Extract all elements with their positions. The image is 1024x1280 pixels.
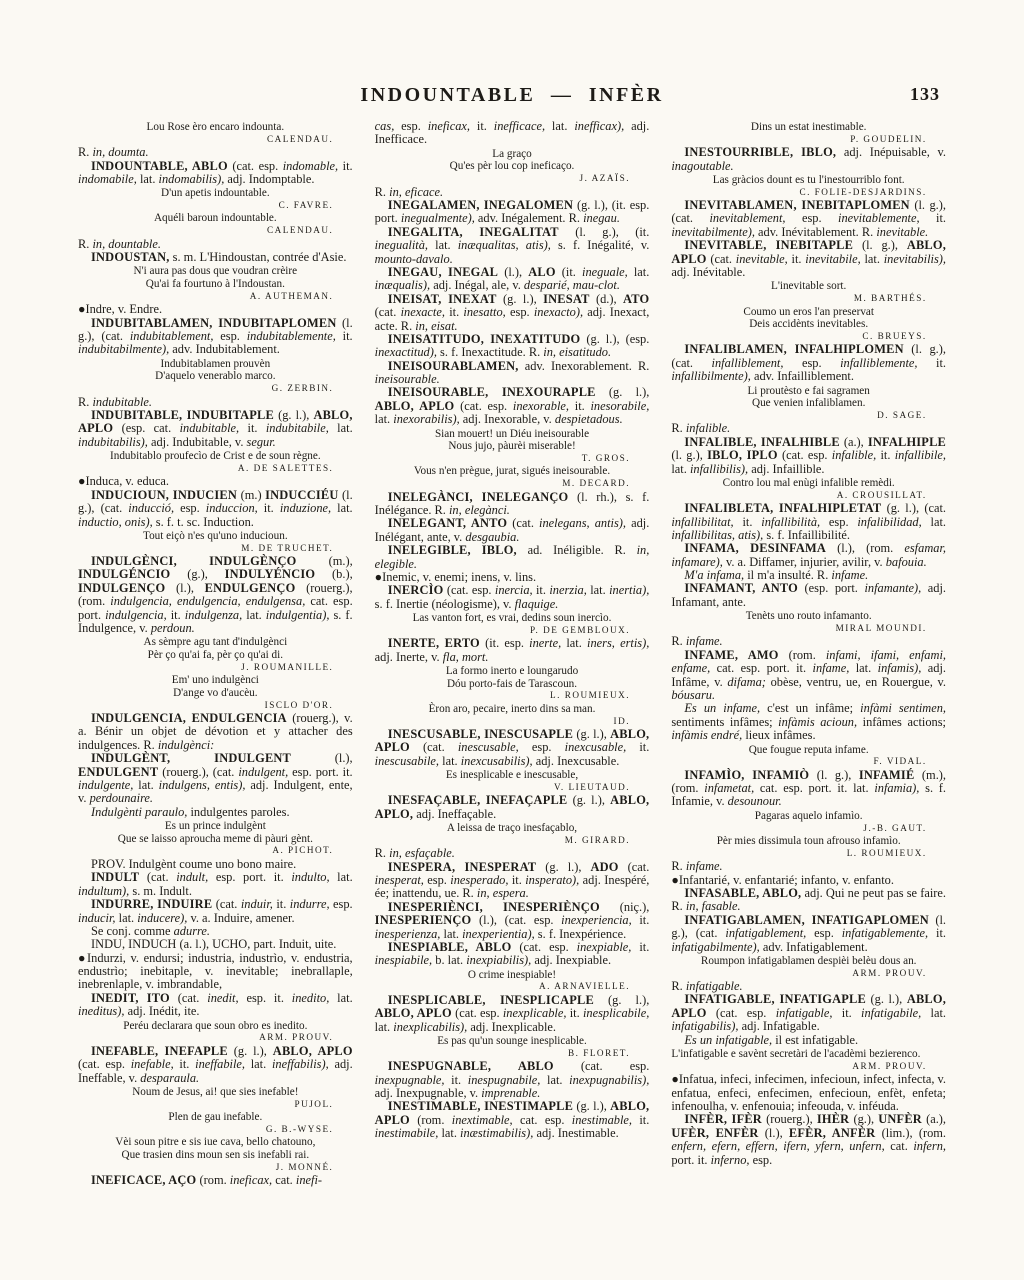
verse-quote: Es pas qu'un sounge inesplicable. — [375, 1035, 650, 1048]
attribution: ARM. PROUV. — [671, 1061, 946, 1073]
column-right: Dins un estat inestimable.P. GOUDELIN.IN… — [671, 120, 946, 1187]
entry: Es un infame, c'est un infâme; infàmi se… — [671, 702, 946, 742]
verse-quote: Peréu declarara que soun obro es inedito… — [78, 1020, 353, 1033]
attribution: A. AUTHEMAN. — [78, 291, 353, 303]
verse-quote: Aquéli baroun indountable. — [78, 212, 353, 225]
verse-quote: Pèr mies dissimula toun afrouso infamìo. — [671, 835, 946, 848]
verse-quote: Lou Rose èro encaro indounta. — [78, 121, 353, 134]
entry: INDUBITABLAMEN, INDUBITAPLOMEN (l. g.), … — [78, 317, 353, 357]
attribution: A. ARNAVIELLE. — [375, 981, 650, 993]
verse-quote: Tenèts uno routo infamanto. — [671, 610, 946, 623]
attribution: ISCLO D'OR. — [78, 700, 353, 712]
entry: INERTE, ERTO (it. esp. inerte, lat. iner… — [375, 637, 650, 664]
verse-quote: Sian mouert! un Diéu ineisourableNous ju… — [375, 428, 650, 453]
attribution: PUJOL. — [78, 1099, 353, 1111]
attribution: M. DECARD. — [375, 478, 650, 490]
entry: INESPERIÈNCI, INESPERIÈNÇO (niç.), INESP… — [375, 901, 650, 941]
attribution: L. ROUMIEUX. — [375, 690, 650, 702]
attribution: CALENDAU. — [78, 225, 353, 237]
attribution: MIRAL MOUNDI. — [671, 623, 946, 635]
cross-reference: ●Indurzi, v. endursi; industria, industr… — [78, 952, 353, 992]
entry: PROV. Indulgènt coume uno bono maire. — [78, 858, 353, 871]
entry: INDOUNTABLE, ABLO (cat. esp. indomable, … — [78, 160, 353, 187]
entry: INESPUGNABLE, ABLO (cat. esp. inexpugnab… — [375, 1060, 650, 1100]
entry: Indulgènti paraulo, indulgentes paroles. — [78, 806, 353, 819]
column-middle: cas, esp. ineficax, it. inefficace, lat.… — [375, 120, 650, 1187]
entry: INEISAT, INEXAT (g. l.), INESAT (d.), AT… — [375, 293, 650, 333]
plain-paragraph: R. in, eficace. — [375, 186, 650, 199]
verse-quote: Tout eiçò n'es qu'uno inducioun. — [78, 530, 353, 543]
attribution: P. DE GEMBLOUX. — [375, 625, 650, 637]
entry: INDULT (cat. indult, esp. port. it. indu… — [78, 871, 353, 898]
entry: INESTOURRIBLE, IBLO, adj. Inépuisable, v… — [671, 146, 946, 173]
verse-quote: Las vanton fort, es vrai, dedins soun in… — [375, 612, 650, 625]
entry: INDULGÈNCI, INDULGÈNÇO (m.), INDULGÉNCIO… — [78, 555, 353, 635]
verse-quote: Noum de Jesus, ai! que sies inefable! — [78, 1086, 353, 1099]
entry: INFATIGABLAMEN, INFATIGAPLOMEN (l. g.), … — [671, 914, 946, 954]
entry: INESPIABLE, ABLO (cat. esp. inexpiable, … — [375, 941, 650, 968]
verse-quote: Èron aro, pecaire, inerto dins sa man. — [375, 703, 650, 716]
page-number: 133 — [910, 84, 940, 105]
entry: INDUBITABLE, INDUBITAPLE (g. l.), ABLO, … — [78, 409, 353, 449]
attribution: CALENDAU. — [78, 134, 353, 146]
entry: INDUCIOUN, INDUCIEN (m.) INDUCCIÉU (l. g… — [78, 489, 353, 529]
attribution: J. MONNÉ. — [78, 1162, 353, 1174]
verse-quote: Que fougue reputa infame. — [671, 744, 946, 757]
verse-quote: Vèi soun pitre e sis iue cava, bello cha… — [78, 1136, 353, 1161]
entry: INFAME, AMO (rom. infami, ifami, enfami,… — [671, 649, 946, 703]
entry: INESFAÇABLE, INEFAÇAPLE (g. l.), ABLO, A… — [375, 794, 650, 821]
entry: INFATIGABLE, INFATIGAPLE (g. l.), ABLO, … — [671, 993, 946, 1033]
entry: INFAMÌO, INFAMIÒ (l. g.), INFAMIÉ (m.), … — [671, 769, 946, 809]
attribution: J.-B. GAUT. — [671, 823, 946, 835]
attribution: B. FLORET. — [375, 1048, 650, 1060]
plain-paragraph: R. infatigable. — [671, 980, 946, 993]
attribution: C. BRUEYS. — [671, 331, 946, 343]
attribution: C. FAVRE. — [78, 200, 353, 212]
entry: INFAMANT, ANTO (esp. port. infamante), a… — [671, 582, 946, 609]
entry: INFALIBLETA, INFALHIPLETAT (g. l.), (cat… — [671, 502, 946, 542]
attribution: A. DE SALETTES. — [78, 463, 353, 475]
verse-quote: As sèmpre agu tant d'indulgènciPèr ço qu… — [78, 636, 353, 661]
attribution: ID. — [375, 716, 650, 728]
plain-paragraph: R. infalible. — [671, 422, 946, 435]
verse-quote: D'un apetis indountable. — [78, 187, 353, 200]
entry: INESPERA, INESPERAT (g. l.), ADO (cat. i… — [375, 861, 650, 901]
entry: INEDIT, ITO (cat. inedit, esp. it. inedi… — [78, 992, 353, 1019]
attribution: D. SAGE. — [671, 410, 946, 422]
verse-quote: Pagaras aquelo infamìo. — [671, 810, 946, 823]
entry: INESCUSABLE, INESCUSAPLE (g. l.), ABLO, … — [375, 728, 650, 768]
verse-quote: Las gràcios dount es tu l'inestourriblo … — [671, 174, 946, 187]
verse-quote: La graçoQu'es pèr lou cop ineficaço. — [375, 148, 650, 173]
cross-reference: ●Inemic, v. enemi; inens, v. lins. — [375, 571, 650, 584]
entry: INDOUSTAN, s. m. L'Hindoustan, contrée d… — [78, 251, 353, 264]
entry: INFAMA, DESINFAMA (l.), (rom. esfamar, i… — [671, 542, 946, 569]
cross-reference: ●Induca, v. educa. — [78, 475, 353, 488]
plain-paragraph: R. in, esfaçable. — [375, 847, 650, 860]
verse-quote: Indubitablo proufecìo de Crist e de soun… — [78, 450, 353, 463]
entry: INEGALITA, INEGALITAT (l. g.), (it. ineg… — [375, 226, 650, 266]
entry: M'a infama, il m'a insulté. R. infame. — [671, 569, 946, 582]
entry: Es un infatigable, il est infatigable. — [671, 1034, 946, 1047]
entry: INEISATITUDO, INEXATITUDO (g. l.), (esp.… — [375, 333, 650, 360]
page-title: INDOUNTABLE — INFÈR — [360, 84, 663, 107]
entry: INFASABLE, ABLO, adj. Qui ne peut pas se… — [671, 887, 946, 914]
verse-quote: Vous n'en prègue, jurat, sigués ineisour… — [375, 465, 650, 478]
entry: Se conj. comme adurre. — [78, 925, 353, 938]
verse-quote: Roumpon infatigablamen despièi belèu dou… — [671, 955, 946, 968]
cross-reference: ●Infatua, infeci, infecimen, infecioun, … — [671, 1073, 946, 1113]
verse-quote: L'inevitable sort. — [671, 280, 946, 293]
attribution: P. GOUDELIN. — [671, 134, 946, 146]
verse-quote: Em' uno indulgènciD'ange vo d'aucèu. — [78, 674, 353, 699]
entry: INEISOURABLAMEN, adv. Inexorablement. R.… — [375, 360, 650, 387]
prose-quote: L'infatigable e savènt secretàri de l'ac… — [671, 1048, 946, 1061]
entry: INEISOURABLE, INEXOURAPLE (g. l.), ABLO,… — [375, 386, 650, 426]
verse-quote: Li proutèsto e fai sagramenQue venien in… — [671, 385, 946, 410]
entry: INEVITABLAMEN, INEBITAPLOMEN (l. g.), (c… — [671, 199, 946, 239]
entry: INDULGÈNT, INDULGENT (l.), ENDULGENT (ro… — [78, 752, 353, 806]
verse-quote: A leissa de traço inesfaçablo, — [375, 822, 650, 835]
entry: INDULGENCIA, ENDULGENCIA (rouerg.), v. a… — [78, 712, 353, 752]
entry: INEGAU, INEGAL (l.), ALO (it. ineguale, … — [375, 266, 650, 293]
entry: INFÈR, IFÈR (rouerg.), IHÈR (g.), UNFÈR … — [671, 1113, 946, 1167]
attribution: G. B.-WYSE. — [78, 1124, 353, 1136]
entry: INDURRE, INDUIRE (cat. induir, it. indur… — [78, 898, 353, 925]
attribution: C. FOLIE-DESJARDINS. — [671, 187, 946, 199]
plain-paragraph: cas, esp. ineficax, it. inefficace, lat.… — [375, 120, 650, 147]
verse-quote: La formo inerto e loungarudoDóu porto-fa… — [375, 665, 650, 690]
entry: INEFICACE, AÇO (rom. ineficax, cat. inef… — [78, 1174, 353, 1187]
attribution: A. PICHOT. — [78, 845, 353, 857]
attribution: M. GIRARD. — [375, 835, 650, 847]
entry: INFALIBLAMEN, INFALHIPLOMEN (l. g.), (ca… — [671, 343, 946, 383]
plain-paragraph: R. infame. — [671, 635, 946, 648]
verse-quote: Coumo un eros l'an preservatDeis accidèn… — [671, 306, 946, 331]
verse-quote: N'i aura pas dous que voudran crèireQu'a… — [78, 265, 353, 290]
cross-reference: ●Indre, v. Endre. — [78, 303, 353, 316]
verse-quote: Dins un estat inestimable. — [671, 121, 946, 134]
plain-paragraph: R. in, doumta. — [78, 146, 353, 159]
attribution: T. GROS. — [375, 453, 650, 465]
verse-quote: O crime inespiable! — [375, 969, 650, 982]
attribution: G. ZERBIN. — [78, 383, 353, 395]
plain-paragraph: R. indubitable. — [78, 396, 353, 409]
entry: INEFABLE, INEFAPLE (g. l.), ABLO, APLO (… — [78, 1045, 353, 1085]
attribution: J. AZAÏS. — [375, 173, 650, 185]
verse-quote: Es un prince indulgèntQue se laisso apro… — [78, 820, 353, 845]
attribution: ARM. PROUV. — [78, 1032, 353, 1044]
entry: INEGALAMEN, INEGALOMEN (g. l.), (it. esp… — [375, 199, 650, 226]
entry: INELEGIBLE, IBLO, ad. Inéligible. R. in,… — [375, 544, 650, 571]
entry: INDU, INDUCH (a. l.), UCHO, part. Induit… — [78, 938, 353, 951]
attribution: M. BARTHÉS. — [671, 293, 946, 305]
plain-paragraph: R. in, dountable. — [78, 238, 353, 251]
plain-paragraph: R. infame. — [671, 860, 946, 873]
entry: INESPLICABLE, INESPLICAPLE (g. l.), ABLO… — [375, 994, 650, 1034]
attribution: J. ROUMANILLE. — [78, 662, 353, 674]
entry: INFALIBLE, INFALHIBLE (a.), INFALHIPLE (… — [671, 436, 946, 476]
attribution: M. DE TRUCHET. — [78, 543, 353, 555]
cross-reference: ●Infantarié, v. enfantarié; infanto, v. … — [671, 874, 946, 887]
running-head: INDOUNTABLE — INFÈR 133 — [0, 0, 1024, 107]
entry: INELEGÀNCI, INELEGANÇO (l. rh.), s. f. I… — [375, 491, 650, 518]
verse-quote: Contro lou mal enùgi infalible remèdi. — [671, 477, 946, 490]
entry: INELEGANT, ANTO (cat. inelegans, antis),… — [375, 517, 650, 544]
attribution: A. CROUSILLAT. — [671, 490, 946, 502]
entry: INEVITABLE, INEBITAPLE (l. g.), ABLO, AP… — [671, 239, 946, 279]
entry: INESTIMABLE, INESTIMAPLE (g. l.), ABLO, … — [375, 1100, 650, 1140]
dictionary-page: INDOUNTABLE — INFÈR 133 Lou Rose èro enc… — [0, 0, 1024, 1280]
text-columns: Lou Rose èro encaro indounta.CALENDAU.R.… — [78, 120, 946, 1187]
attribution: V. LIEUTAUD. — [375, 782, 650, 794]
verse-quote: Plen de gau inefable. — [78, 1111, 353, 1124]
attribution: L. ROUMIEUX. — [671, 848, 946, 860]
verse-quote: Es inesplicable e inescusable, — [375, 769, 650, 782]
attribution: F. VIDAL. — [671, 756, 946, 768]
entry: INERCÌO (cat. esp. inercia, it. inerzia,… — [375, 584, 650, 611]
attribution: ARM. PROUV. — [671, 968, 946, 980]
column-left: Lou Rose èro encaro indounta.CALENDAU.R.… — [78, 120, 353, 1187]
verse-quote: Indubitablamen prouvènD'aquelo venerablo… — [78, 358, 353, 383]
